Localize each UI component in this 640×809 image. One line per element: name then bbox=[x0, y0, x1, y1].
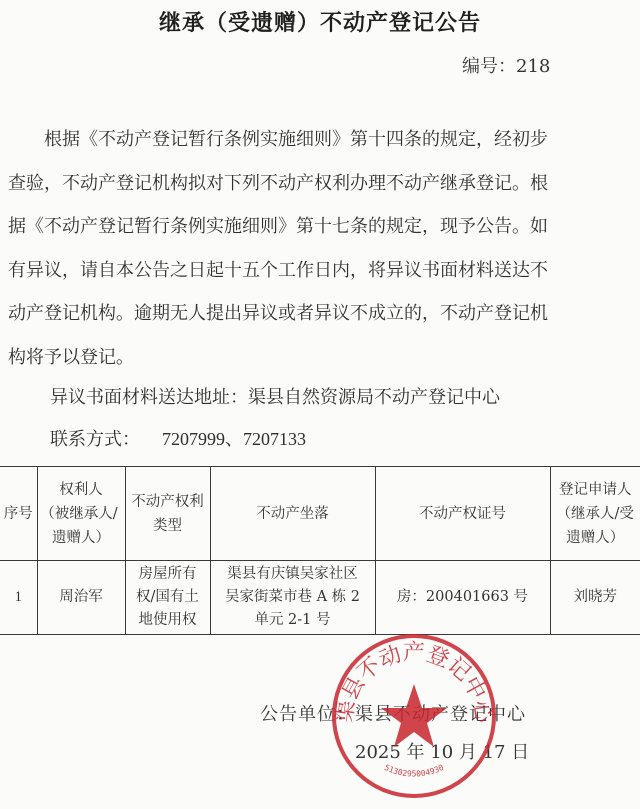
header-text: 不动产权证号 bbox=[419, 506, 506, 522]
cell-index: 1 bbox=[0, 561, 37, 635]
cell-applicant: 刘晓芳 bbox=[550, 561, 640, 635]
registration-table: 序号 权利人 （被继承人/ 遗赠人） 不动产权利 类型 不动产坐落 不动产权证号… bbox=[0, 466, 640, 635]
header-text: 遗赠人） bbox=[553, 526, 639, 550]
announcement-body: 根据《不动产登记暂行条例实施细则》第十四条的规定，经初步 查验，不动产登记机构拟… bbox=[8, 118, 632, 379]
issuing-unit: 公告单位：渠县不动产登记中心 bbox=[260, 700, 526, 726]
cell-text: 吴家街菜市巷 A 栋 2 bbox=[213, 586, 373, 609]
table-row: 1 周治军 房屋所有 权/国有土 地使用权 渠县有庆镇吴家社区 吴家街菜市巷 A… bbox=[0, 561, 640, 635]
body-line: 构将予以登记。 bbox=[8, 336, 632, 380]
contact-info: 联系方式：7207999、7207133 bbox=[50, 425, 306, 451]
header-text: （被继承人/ bbox=[36, 502, 123, 526]
header-text: 类型 bbox=[128, 514, 208, 538]
cell-text: 房屋所有 bbox=[128, 563, 208, 586]
cell-text: 权/国有土 bbox=[128, 586, 208, 609]
cell-holder: 周治军 bbox=[37, 561, 125, 635]
header-text: 遗赠人） bbox=[40, 526, 123, 550]
cell-text: 地使用权 bbox=[128, 609, 208, 632]
address-value: 渠县自然资源局不动产登记中心 bbox=[248, 387, 500, 408]
header-index: 序号 bbox=[0, 467, 37, 561]
body-line-text: 动产登记机构。逾期无人提出异议或者异议不成立的，不动产登记机 bbox=[8, 292, 548, 336]
cell-location: 渠县有庆镇吴家社区 吴家街菜市巷 A 栋 2 单元 2-1 号 bbox=[210, 561, 375, 635]
seal-code: 5130295004930 bbox=[383, 763, 445, 779]
header-text: 不动产权利 bbox=[128, 490, 208, 514]
cell-text: 渠县有庆镇吴家社区 bbox=[213, 563, 373, 586]
contact-label: 联系方式： bbox=[50, 429, 140, 450]
header-applicant: 登记申请人 （继承人/受 遗赠人） bbox=[550, 467, 640, 561]
page-title: 继承（受遗赠）不动产登记公告 bbox=[0, 6, 640, 37]
header-text: 权利人 bbox=[40, 478, 123, 502]
header-location: 不动产坐落 bbox=[210, 467, 375, 561]
header-certificate: 不动产权证号 bbox=[375, 467, 550, 561]
header-text: （继承人/受 bbox=[553, 502, 639, 526]
table-header-row: 序号 权利人 （被继承人/ 遗赠人） 不动产权利 类型 不动产坐落 不动产权证号… bbox=[0, 467, 640, 561]
body-line-text: 有异议，请自本公告之日起十五个工作日内，将异议书面材料送达不 bbox=[8, 249, 548, 293]
body-line-text: 根据《不动产登记暂行条例实施细则》第十四条的规定，经初步 bbox=[44, 118, 548, 162]
serial-number: 编号：218 bbox=[462, 52, 550, 78]
header-right-type: 不动产权利 类型 bbox=[125, 467, 210, 561]
cell-certificate: 房：200401663 号 bbox=[375, 561, 550, 635]
issue-date: 2025 年 10 月 17 日 bbox=[355, 738, 529, 764]
body-line-text: 据《不动产登记暂行条例实施细则》第十七条的规定，现予公告。如 bbox=[8, 205, 548, 249]
header-holder: 权利人 （被继承人/ 遗赠人） bbox=[37, 467, 125, 561]
header-text: 序号 bbox=[4, 506, 33, 522]
body-line: 根据《不动产登记暂行条例实施细则》第十四条的规定，经初步 bbox=[8, 118, 632, 162]
cell-text: 单元 2-1 号 bbox=[213, 609, 373, 632]
header-text: 登记申请人 bbox=[553, 478, 639, 502]
header-text: 不动产坐落 bbox=[256, 506, 329, 522]
address-label: 异议书面材料送达地址： bbox=[50, 387, 248, 408]
body-line: 查验，不动产登记机构拟对下列不动产权利办理不动产继承登记。根 bbox=[8, 162, 632, 206]
body-line: 有异议，请自本公告之日起十五个工作日内，将异议书面材料送达不 bbox=[8, 249, 632, 293]
body-line: 动产登记机构。逾期无人提出异议或者异议不成立的，不动产登记机 bbox=[8, 292, 632, 336]
contact-phones: 7207999、7207133 bbox=[162, 429, 306, 449]
body-line-text: 查验，不动产登记机构拟对下列不动产权利办理不动产继承登记。根 bbox=[8, 162, 548, 206]
cell-right-type: 房屋所有 权/国有土 地使用权 bbox=[125, 561, 210, 635]
body-line: 据《不动产登记暂行条例实施细则》第十七条的规定，现予公告。如 bbox=[8, 205, 632, 249]
objection-address: 异议书面材料送达地址：渠县自然资源局不动产登记中心 bbox=[50, 383, 500, 409]
svg-text:5130295004930: 5130295004930 bbox=[383, 763, 445, 779]
body-line-text: 构将予以登记。 bbox=[8, 336, 134, 380]
